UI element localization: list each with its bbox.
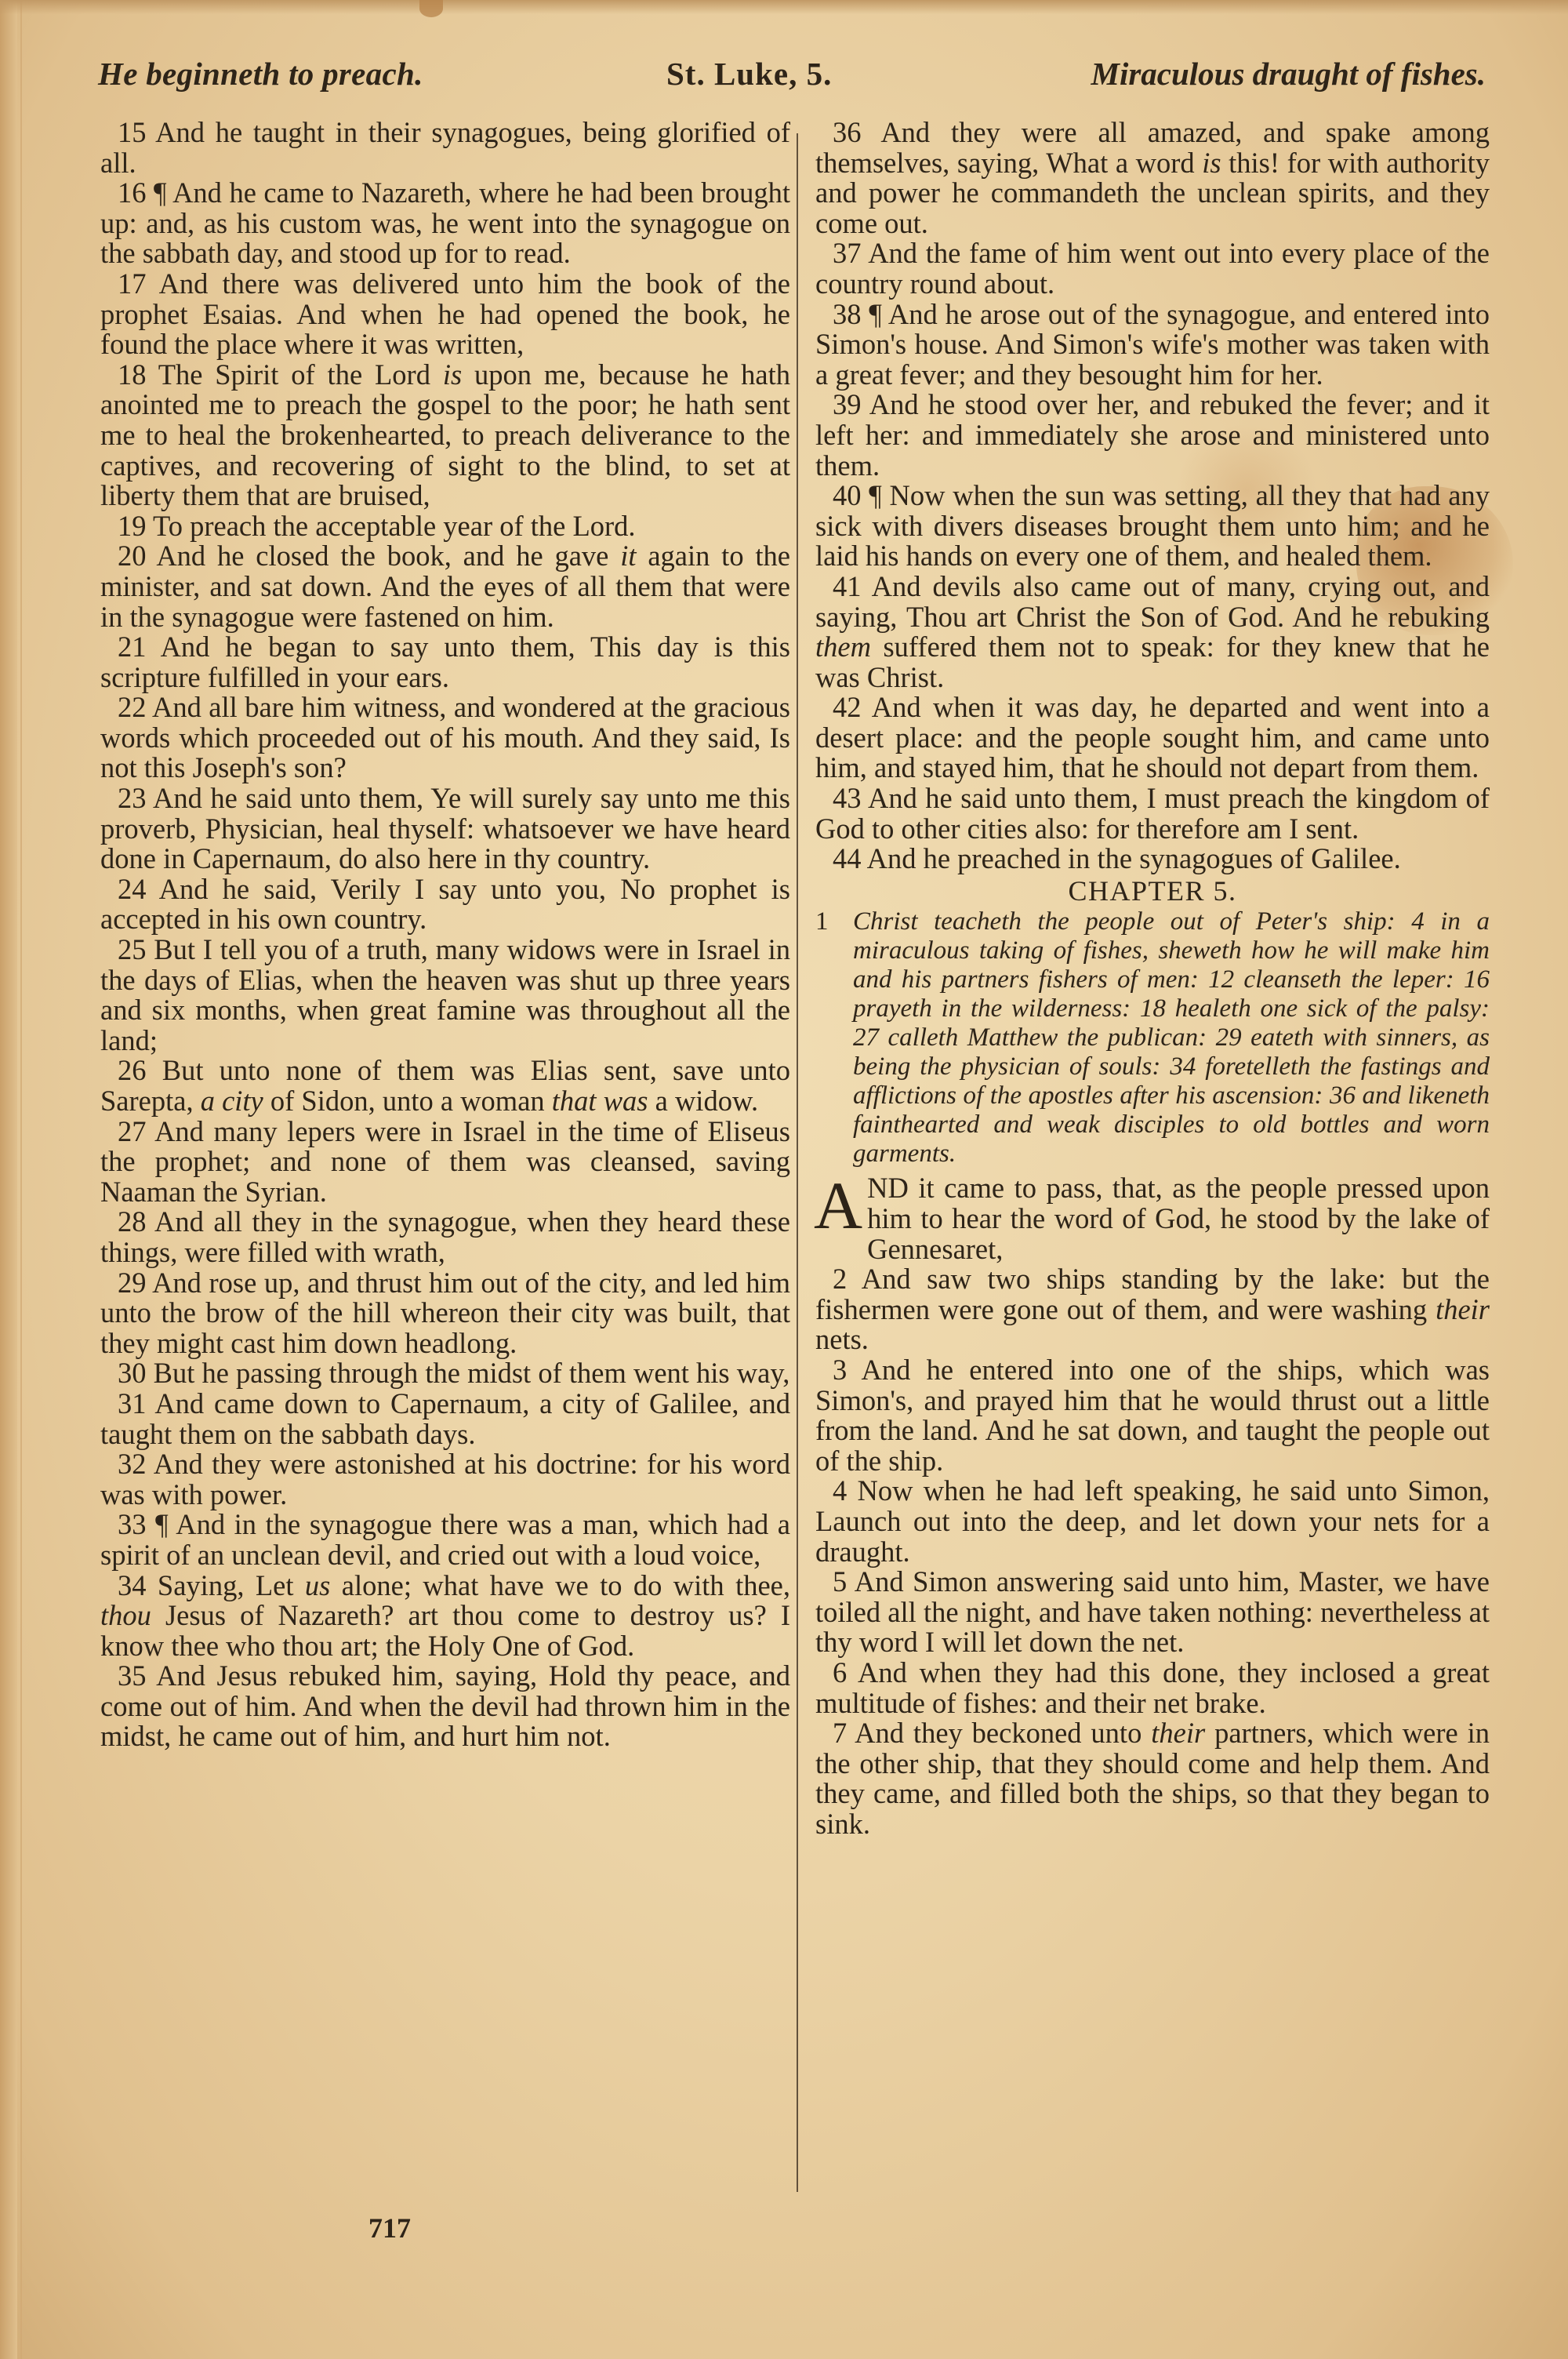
verse: 5 And Simon answering said unto him, Mas…: [815, 1567, 1490, 1658]
page-spine-edge: [0, 0, 17, 2359]
verse: 17 And there was delivered unto him the …: [100, 269, 790, 360]
verse: 34 Saying, Let us alone; what have we to…: [100, 1571, 790, 1662]
column-divider: [797, 133, 798, 2192]
verse: 26 But unto none of them was Elias sent,…: [100, 1056, 790, 1116]
verse: 21 And he began to say unto them, This d…: [100, 632, 790, 692]
verse: 32 And they were astonished at his doctr…: [100, 1449, 790, 1510]
verse: 38 ¶ And he arose out of the synagogue, …: [815, 300, 1490, 391]
stain-mark: [419, 0, 443, 17]
verse: 28 And all they in the synagogue, when t…: [100, 1207, 790, 1267]
left-column: 15 And he taught in their synagogues, be…: [100, 118, 790, 1752]
verse: 33 ¶ And in the synagogue there was a ma…: [100, 1510, 790, 1570]
verse: 43 And he said unto them, I must preach …: [815, 783, 1490, 844]
pilcrow-icon: ¶: [155, 1508, 169, 1540]
verse: 18 The Spirit of the Lord is upon me, be…: [100, 360, 790, 511]
verse: 25 But I tell you of a truth, many widow…: [100, 935, 790, 1056]
pilcrow-icon: ¶: [869, 298, 882, 330]
verse: 20 And he closed the book, and he gave i…: [100, 541, 790, 632]
top-shadow: [0, 0, 1568, 14]
verse: 22 And all bare him witness, and wondere…: [100, 692, 790, 783]
verse: 4 Now when he had left speaking, he said…: [815, 1476, 1490, 1567]
right-running-title: Miraculous draught of fishes.: [1091, 55, 1486, 93]
drop-cap: A: [814, 1176, 862, 1234]
left-running-title: He beginneth to preach.: [98, 55, 423, 93]
verse: 15 And he taught in their synagogues, be…: [100, 118, 790, 178]
verse: 19 To preach the acceptable year of the …: [100, 511, 790, 542]
verse: 3 And he entered into one of the ships, …: [815, 1355, 1490, 1476]
verse: 35 And Jesus rebuked him, saying, Hold t…: [100, 1661, 790, 1752]
verse: 36 And they were all amazed, and spake a…: [815, 118, 1490, 238]
verse: 42 And when it was day, he departed and …: [815, 692, 1490, 783]
verse: 2 And saw two ships standing by the lake…: [815, 1264, 1490, 1355]
verse-1: AND it came to pass, that, as the people…: [815, 1173, 1490, 1264]
page-number: 717: [368, 2212, 411, 2245]
verse: 6 And when they had this done, they incl…: [815, 1658, 1490, 1718]
chapter-heading: CHAPTER 5.: [815, 876, 1490, 907]
verse: 39 And he stood over her, and rebuked th…: [815, 390, 1490, 481]
verse: 44 And he preached in the synagogues of …: [815, 844, 1490, 874]
verse: 23 And he said unto them, Ye will surely…: [100, 783, 790, 874]
verse: 7 And they beckoned unto their partners,…: [815, 1718, 1490, 1839]
verse: 27 And many lepers were in Israel in the…: [100, 1117, 790, 1208]
verse: 24 And he said, Verily I say unto you, N…: [100, 874, 790, 935]
verse: 16 ¶ And he came to Nazareth, where he h…: [100, 178, 790, 269]
right-column: 36 And they were all amazed, and spake a…: [815, 118, 1490, 1840]
verse: 29 And rose up, and thrust him out of th…: [100, 1268, 790, 1359]
verse: 41 And devils also came out of many, cry…: [815, 572, 1490, 692]
verse: 37 And the fame of him went out into eve…: [815, 238, 1490, 299]
chapter-summary: 1Christ teacheth the people out of Peter…: [815, 907, 1490, 1169]
page-edge-line: [20, 0, 22, 2359]
verse: 30 But he passing through the midst of t…: [100, 1358, 790, 1389]
running-header: He beginneth to preach. St. Luke, 5. Mir…: [98, 55, 1486, 102]
pilcrow-icon: ¶: [869, 479, 882, 511]
book-chapter-title: St. Luke, 5.: [666, 55, 832, 93]
verse: 40 ¶ Now when the sun was setting, all t…: [815, 481, 1490, 572]
bible-page: He beginneth to preach. St. Luke, 5. Mir…: [0, 0, 1568, 2359]
pilcrow-icon: ¶: [154, 176, 167, 209]
verse: 31 And came down to Capernaum, a city of…: [100, 1389, 790, 1449]
